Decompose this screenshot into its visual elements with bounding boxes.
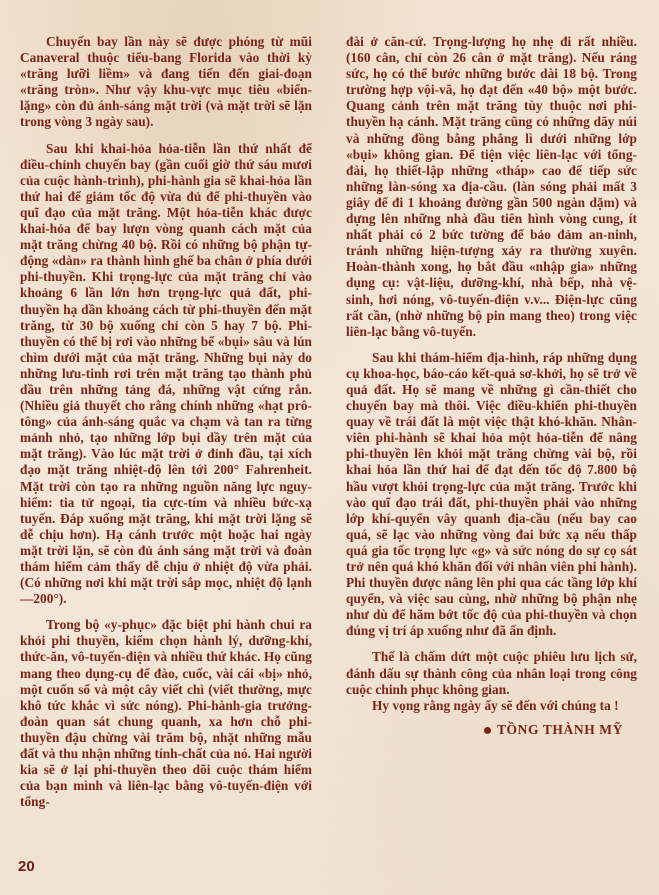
paragraph-exploration: Trong bộ «y-phục» đặc biệt phi hành chui… xyxy=(20,617,312,810)
paragraph-moon-surface: đài ở căn-cứ. Trọng-lượng họ nhẹ đi rất … xyxy=(346,34,637,340)
paragraph-return: Sau khi thám-hiểm địa-hình, ráp những dụ… xyxy=(346,350,637,640)
right-column: đài ở căn-cứ. Trọng-lượng họ nhẹ đi rất … xyxy=(346,34,637,738)
author-name: TỒNG THÀNH MỸ xyxy=(497,722,623,737)
paragraph-launch: Chuyến bay lần này sẽ được phóng từ mũi … xyxy=(20,34,312,131)
page-number: 20 xyxy=(18,858,35,875)
left-column: Chuyến bay lần này sẽ được phóng từ mũi … xyxy=(20,34,312,810)
paragraph-conclusion: Thế là chấm dứt một cuộc phiêu lưu lịch … xyxy=(346,649,637,697)
author-signature: TỒNG THÀNH MỸ xyxy=(346,722,637,738)
magazine-page: Chuyến bay lần này sẽ được phóng từ mũi … xyxy=(0,0,659,895)
paragraph-landing: Sau khi khai-hỏa hỏa-tiễn lần thứ nhất đ… xyxy=(20,141,312,608)
paragraph-hope: Hy vọng rằng ngày ấy sẽ đến với chúng ta… xyxy=(346,698,637,714)
bullet-icon xyxy=(484,727,491,734)
